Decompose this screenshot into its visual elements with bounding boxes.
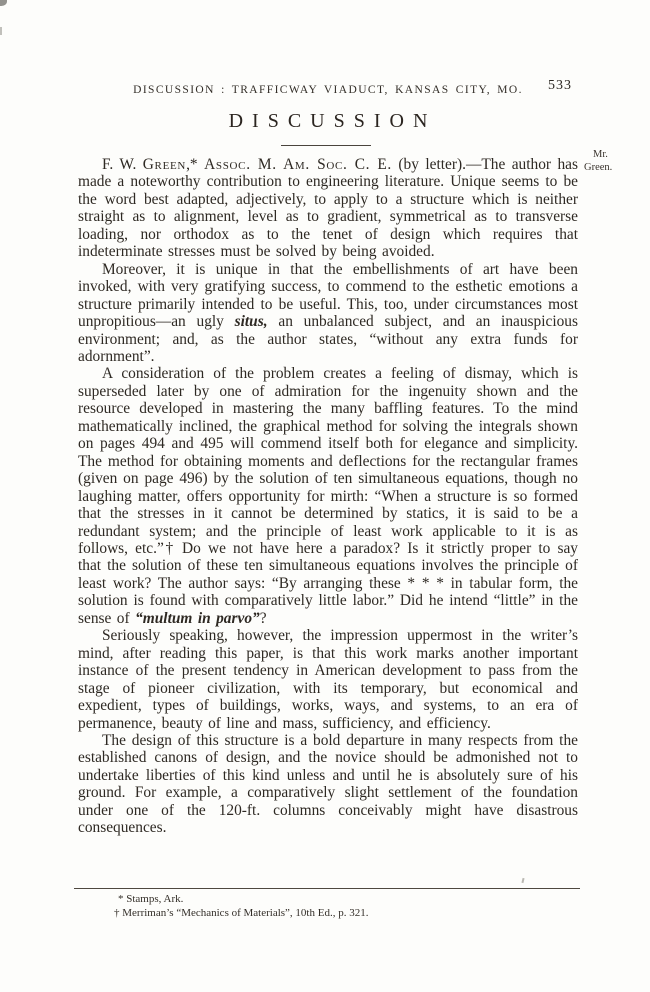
- margin-note: Mr. Green.: [584, 149, 612, 174]
- paragraph: Moreover, it is unique in that the embel…: [78, 261, 578, 366]
- discussion-body: F. W. Green,* Assoc. M. Am. Soc. C. E. (…: [78, 156, 578, 837]
- title-rule: [281, 145, 371, 146]
- document-page: DISCUSSION : TRAFFICWAY VIADUCT, KANSAS …: [0, 0, 650, 992]
- paragraph: F. W. Green,* Assoc. M. Am. Soc. C. E. (…: [78, 156, 578, 261]
- footnote: * Stamps, Ark.: [114, 893, 578, 907]
- scan-artifact: [0, 27, 2, 35]
- page-title: DISCUSSION: [78, 110, 578, 133]
- paragraph: Seriously speaking, however, the impress…: [78, 627, 578, 732]
- footnote: † Merriman’s “Mechanics of Materials”, 1…: [114, 907, 578, 921]
- scan-artifact: [521, 878, 524, 883]
- paragraph: A consideration of the problem creates a…: [78, 365, 578, 627]
- margin-note-line: Mr.: [584, 149, 612, 162]
- scan-artifact: [0, 0, 7, 6]
- footnotes: * Stamps, Ark. † Merriman’s “Mechanics o…: [114, 893, 578, 920]
- running-head-row: DISCUSSION : TRAFFICWAY VIADUCT, KANSAS …: [78, 80, 578, 98]
- footnote-rule: [74, 888, 580, 889]
- margin-note-line: Green.: [584, 162, 612, 175]
- page-number: 533: [548, 78, 572, 94]
- running-head: DISCUSSION : TRAFFICWAY VIADUCT, KANSAS …: [133, 84, 523, 96]
- paragraph: The design of this structure is a bold d…: [78, 732, 578, 837]
